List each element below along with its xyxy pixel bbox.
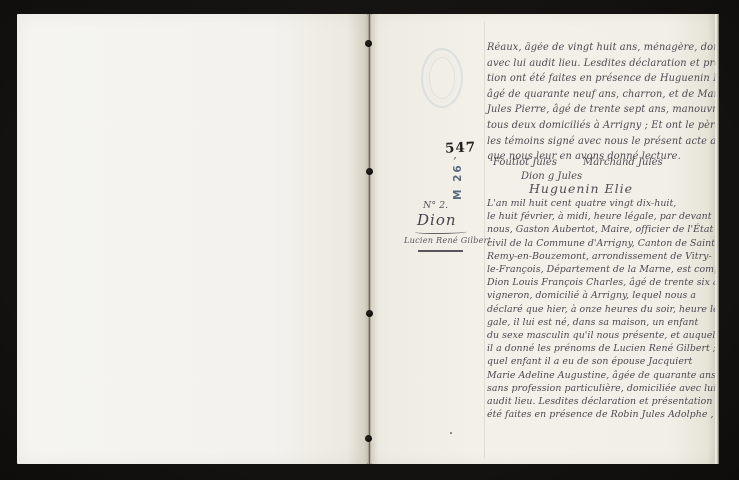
binding-hole	[366, 168, 373, 175]
handwritten-line: audit lieu. Lesdites déclaration et prés…	[487, 395, 718, 408]
handwritten-line: L'an mil huit cent quatre vingt dix-huit…	[487, 197, 718, 210]
handwritten-line: âgé de quarante neuf ans, charron, et de…	[487, 87, 718, 103]
handwritten-line: Jules Pierre, âgé de trente sept ans, ma…	[487, 102, 718, 118]
handwritten-line: déclaré que hier, à onze heures du soir,…	[487, 303, 718, 316]
handwritten-line: civil de la Commune d'Arrigny, Canton de…	[487, 237, 718, 250]
embossed-seal-inner-ring	[429, 57, 455, 99]
handwritten-line: gale, il lui est né, dans sa maison, un …	[487, 316, 718, 329]
handwritten-line: avec lui audit lieu. Lesdites déclaratio…	[487, 56, 718, 72]
signature-row: Foutiot Jules Marchand Jules	[493, 157, 663, 168]
binding-hole	[365, 40, 372, 47]
margin-crease-line	[484, 22, 485, 458]
signature-father: Foutiot Jules	[493, 157, 557, 168]
margin-surname-flourish	[415, 230, 467, 234]
archive-code-stamp: M 26	[452, 163, 464, 200]
embossed-seal-icon	[421, 48, 463, 108]
ink-speck	[450, 432, 452, 434]
binding-hole	[365, 435, 372, 442]
handwritten-line: Réaux, âgée de vingt huit ans, ménagère,…	[487, 40, 718, 56]
margin-given-names: Lucien René Gilbert	[404, 235, 491, 245]
book-gutter	[368, 14, 371, 464]
binding-hole	[366, 310, 373, 317]
handwritten-line: quel enfant il a eu de son épouse Jacqui…	[487, 355, 718, 368]
handwritten-line: Marie Adeline Augustine, âgée de quarant…	[487, 369, 718, 382]
act1-text-block: Réaux, âgée de vingt huit ans, ménagère,…	[487, 40, 718, 165]
margin-act-number: N° 2.	[423, 200, 448, 211]
act2-text-block: L'an mil huit cent quatre vingt dix-huit…	[487, 197, 718, 421]
document-scan: 547 ’ M 26 N° 2. Dion Lucien René Gilber…	[0, 0, 739, 480]
folio-number-stamp: 547	[445, 139, 477, 157]
handwritten-line: nous, Gaston Aubertot, Maire, officier d…	[487, 223, 718, 236]
signature-witness-2: Huguenin Elie	[529, 181, 633, 196]
handwritten-line: vigneron, domicilié à Arrigny, lequel no…	[487, 289, 718, 302]
handwritten-line: il a donné les prénoms de Lucien René Gi…	[487, 342, 718, 355]
page-stack-edge	[714, 14, 719, 464]
signature-witness-1: Marchand Jules	[583, 157, 663, 168]
handwritten-line: été faites en présence de Robin Jules Ad…	[487, 408, 718, 421]
handwritten-line: tion ont été faites en présence de Hugue…	[487, 71, 718, 87]
handwritten-line: du sexe masculin qu'il nous présente, et…	[487, 329, 718, 342]
handwritten-line: Remy-en-Bouzemont, arrondissement de Vit…	[487, 250, 718, 263]
handwritten-line: les témoins signé avec nous le présent a…	[487, 134, 718, 150]
margin-surname: Dion	[417, 211, 457, 229]
handwritten-line: le-François, Département de la Marne, es…	[487, 263, 718, 276]
left-blank-page	[17, 14, 368, 464]
margin-divider-rule	[418, 250, 463, 252]
handwritten-line: Dion Louis François Charles, âgé de tren…	[487, 276, 718, 289]
handwritten-line: sans profession particulière, domiciliée…	[487, 382, 718, 395]
right-register-page: 547 ’ M 26 N° 2. Dion Lucien René Gilber…	[371, 14, 718, 464]
handwritten-line: tous deux domiciliés à Arrigny ; Et ont …	[487, 118, 718, 134]
handwritten-line: le huit février, à midi, heure légale, p…	[487, 210, 718, 223]
